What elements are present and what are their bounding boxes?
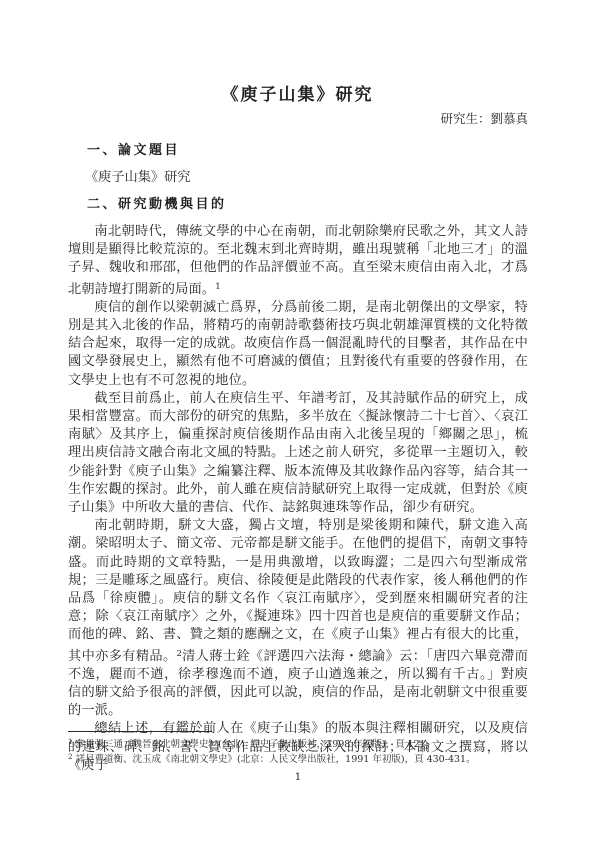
paragraph-1-text: 南北朝時代，傳統文學的中心在南朝，而北朝除樂府民歌之外，其文人詩壇則是顯得比較荒… <box>68 224 528 297</box>
section-heading-thesis-title: 一、論文題目 <box>87 143 595 158</box>
paragraph-4-text-before-ref: 南北朝時期，駢文大盛，獨占文壇，特別是梁後期和陳代，駢文進入高潮。梁昭明太子、簡… <box>68 518 528 663</box>
footnote-1-marker: 1 <box>68 738 72 746</box>
footnote-divider <box>68 731 212 732</box>
document-page: 《庾子山集》研究 研究生：劉慕真 一、論文題目 《庾子山集》研究 二、研究動機與… <box>0 0 595 842</box>
paragraph-2-text: 庾信的創作以梁朝滅亡爲界，分爲前後二期，是南北朝傑出的文學家，特別是其入北後的作… <box>68 300 528 388</box>
footnote-2-marker: 2 <box>68 753 72 761</box>
body-text: 南北朝時代，傳統文學的中心在南朝，而北朝除樂府民歌之外，其文人詩壇則是顯得比較荒… <box>68 223 528 775</box>
paragraph-3-text: 截至目前爲止，前人在庾信生平、年譜考訂，及其詩賦作品的研究上，成果相當豐富。而大… <box>68 391 528 515</box>
paragraph-1: 南北朝時代，傳統文學的中心在南朝，而北朝除樂府民歌之外，其文人詩壇則是顯得比較荒… <box>68 223 528 299</box>
thesis-title-text: 《庾子山集》研究 <box>85 170 595 185</box>
paragraph-2: 庾信的創作以梁朝滅亡爲界，分爲前後二期，是南北朝傑出的文學家，特別是其入北後的作… <box>68 299 528 390</box>
footnote-1: 1參見張三通《魏晉南北朝文學史》(台北：經史子集出版社，1998 年初版)，頁 … <box>68 736 528 751</box>
page-number: 1 <box>68 771 528 783</box>
footnote-ref-1: 1 <box>215 282 220 292</box>
author-byline: 研究生：劉慕真 <box>0 112 595 126</box>
footnote-2: 2詳見曹道衡、沈玉成《南北朝文學史》(北京：人民文學出版社，1991 年初版)，… <box>68 751 528 766</box>
paragraph-3: 截至目前爲止，前人在庾信生平、年譜考訂，及其詩賦作品的研究上，成果相當豐富。而大… <box>68 390 528 517</box>
section-heading-motivation: 二、研究動機與目的 <box>87 197 595 212</box>
paragraph-4: 南北朝時期，駢文大盛，獨占文壇，特別是梁後期和陳代，駢文進入高潮。梁昭明太子、簡… <box>68 517 528 720</box>
footnote-2-text: 詳見曹道衡、沈玉成《南北朝文學史》(北京：人民文學出版社，1991 年初版)，頁… <box>75 754 475 765</box>
page-footer: 1參見張三通《魏晉南北朝文學史》(台北：經史子集出版社，1998 年初版)，頁 … <box>68 731 528 783</box>
footnote-1-text: 參見張三通《魏晉南北朝文學史》(台北：經史子集出版社，1998 年初版)，頁 1… <box>75 739 435 750</box>
document-title: 《庾子山集》研究 <box>0 0 595 106</box>
